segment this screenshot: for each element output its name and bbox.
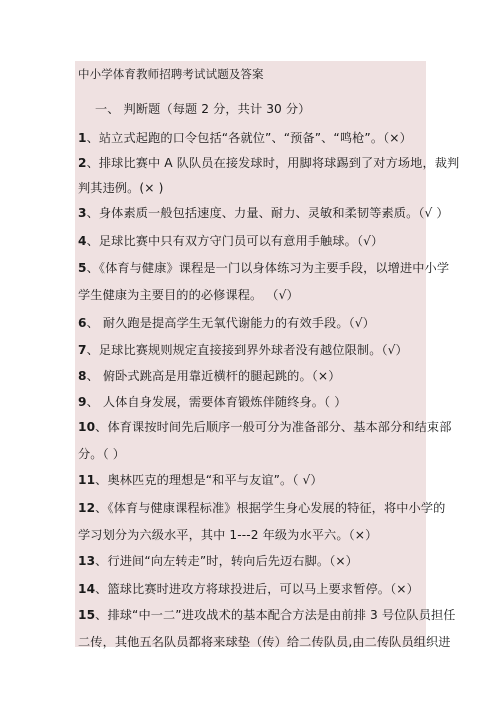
- question-text: 、排球比赛中 A 队队员在接发球时，用脚将球踢到了对方场地，裁判: [87, 156, 460, 170]
- question-text: 学生健康为主要目的的必修课程。 （√）: [78, 288, 299, 302]
- question-line: 6、 耐久跑是提高学生无氧代谢能力的有效手段。（√）: [78, 315, 375, 331]
- question-text: 、足球比赛规则规定直接接到界外球者没有越位限制。（√）: [87, 343, 408, 357]
- question-line: 学生健康为主要目的的必修课程。 （√）: [78, 287, 299, 303]
- question-number: 12: [78, 501, 95, 515]
- question-line: 5、《体育与健康》课程是一门以身体练习为主要手段，以增进中小学: [78, 260, 449, 276]
- question-number: 1: [78, 131, 87, 145]
- question-line: 7、足球比赛规则规定直接接到界外球者没有越位限制。（√）: [78, 342, 408, 358]
- question-number: 14: [78, 582, 95, 596]
- document-title: 中小学体育教师招聘考试试题及答案: [78, 66, 264, 82]
- question-line: 3、身体素质一般包括速度、力量、耐力、灵敏和柔韧等素质。（√ ）: [78, 205, 449, 221]
- question-text: 判其违例。(× ): [78, 181, 163, 195]
- question-number: 7: [78, 343, 87, 357]
- question-text: 、《体育与健康》课程是一门以身体练习为主要手段，以增进中小学: [87, 261, 450, 275]
- question-line: 4、足球比赛中只有双方守门员可以有意用手触球。（√）: [78, 233, 383, 249]
- question-number: 3: [78, 206, 87, 220]
- question-text: 、篮球比赛时进攻方将球投进后，可以马上要求暂停。（×）: [95, 582, 419, 596]
- question-line: 9、 人体自身发展，需要体育锻炼伴随终身。（ ）: [78, 394, 346, 410]
- question-text: 、站立式起跑的口令包括“各就位”、“预备”、“鸣枪”。（×）: [87, 131, 412, 145]
- question-text: 、体育课按时间先后顺序一般可分为准备部分、基本部分和结束部: [95, 420, 451, 434]
- question-text: 、 人体自身发展，需要体育锻炼伴随终身。（ ）: [87, 395, 347, 409]
- question-line: 二传，其他五名队员都将来球垫（传）给二传队员,由二传队员组织进: [78, 634, 451, 650]
- question-text: 二传，其他五名队员都将来球垫（传）给二传队员,由二传队员组织进: [78, 635, 451, 649]
- section-heading: 一、 判断题（每题 2 分，共计 30 分）: [95, 101, 310, 117]
- question-line: 10、体育课按时间先后顺序一般可分为准备部分、基本部分和结束部: [78, 419, 452, 435]
- question-line: 14、篮球比赛时进攻方将球投进后，可以马上要求暂停。（×）: [78, 581, 419, 597]
- question-number: 9: [78, 395, 87, 409]
- question-line: 1、站立式起跑的口令包括“各就位”、“预备”、“鸣枪”。（×）: [78, 130, 412, 146]
- question-line: 学习划分为六级水平，其中 1---2 年级为水平六。（×）: [78, 527, 377, 543]
- question-line: 8、 俯卧式跳高是用靠近横杆的腿起跳的。（×）: [78, 368, 341, 384]
- question-number: 5: [78, 261, 87, 275]
- question-text: 、排球“中一二”进攻战术的基本配合方法是由前排 3 号位队员担任: [95, 608, 455, 622]
- question-text: 、行进间“向左转走”时，转向后先迈右脚。（×）: [95, 554, 358, 568]
- question-number: 15: [78, 608, 95, 622]
- question-number: 4: [78, 234, 87, 248]
- question-number: 6: [78, 316, 87, 330]
- question-text: 学习划分为六级水平，其中 1---2 年级为水平六。（×）: [78, 528, 377, 542]
- question-number: 2: [78, 156, 87, 170]
- question-line: 分。（ ）: [78, 446, 125, 462]
- question-text: 、《体育与健康课程标准》根据学生身心发展的特征，将中小学的: [95, 501, 445, 515]
- question-text: 、奥林匹克的理想是“和平与友谊”。（ √）: [95, 473, 322, 487]
- question-line: 判其违例。(× ): [78, 180, 163, 196]
- question-number: 13: [78, 554, 95, 568]
- question-number: 10: [78, 420, 95, 434]
- question-text: 分。（ ）: [78, 447, 125, 461]
- question-line: 13、行进间“向左转走”时，转向后先迈右脚。（×）: [78, 553, 358, 569]
- question-number: 8: [78, 369, 87, 383]
- question-text: 、 耐久跑是提高学生无氧代谢能力的有效手段。（√）: [87, 316, 375, 330]
- question-line: 11、奥林匹克的理想是“和平与友谊”。（ √）: [78, 472, 323, 488]
- question-text: 、 俯卧式跳高是用靠近横杆的腿起跳的。（×）: [87, 369, 341, 383]
- question-line: 2、排球比赛中 A 队队员在接发球时，用脚将球踢到了对方场地，裁判: [78, 155, 459, 171]
- question-number: 11: [78, 473, 95, 487]
- question-line: 15、排球“中一二”进攻战术的基本配合方法是由前排 3 号位队员担任: [78, 607, 456, 623]
- question-text: 、足球比赛中只有双方守门员可以有意用手触球。（√）: [87, 234, 384, 248]
- question-line: 12、《体育与健康课程标准》根据学生身心发展的特征，将中小学的: [78, 500, 445, 516]
- question-text: 、身体素质一般包括速度、力量、耐力、灵敏和柔韧等素质。（√ ）: [87, 206, 449, 220]
